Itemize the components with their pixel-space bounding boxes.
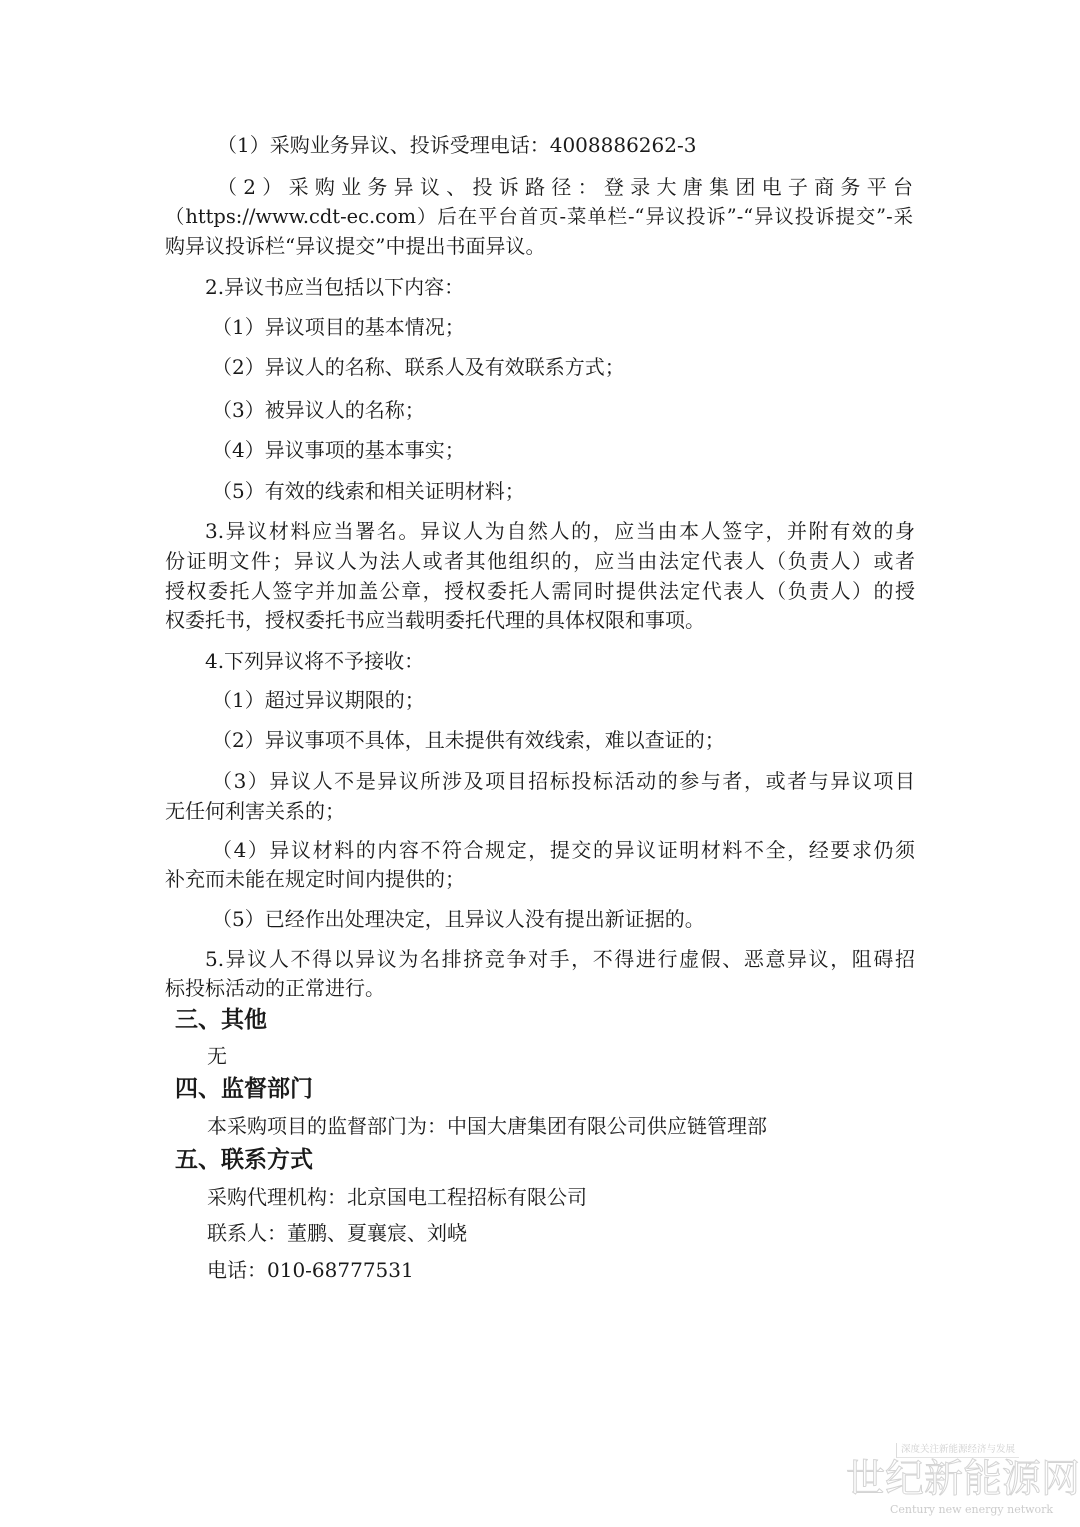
point4-item-4-line-1: （4）异议材料的内容不符合规定，提交的异议证明材料不全，经要求仍须 xyxy=(212,836,915,864)
point5-line-1: 5.异议人不得以异议为名排挤竞争对手，不得进行虚假、恶意异议，阻碍招 xyxy=(205,945,915,973)
point4-item-2: （2）异议事项不具体，且未提供有效线索，难以查证的； xyxy=(212,726,725,754)
point3-line-3: 授权委托人签字并加盖公章，授权委托人需同时提供法定代表人（负责人）的授 xyxy=(165,577,915,605)
point4-item-4-line-2: 补充而未能在规定时间内提供的； xyxy=(165,865,465,893)
point4-item-3-line-1: （3）异议人不是异议所涉及项目招标投标活动的参与者，或者与异议项目 xyxy=(212,767,915,795)
procurement-agency: 采购代理机构：北京国电工程招标有限公司 xyxy=(207,1183,587,1211)
point4-item-5: （5）已经作出处理决定，且异议人没有提出新证据的。 xyxy=(212,905,705,933)
complaint-path-line-3: 购异议投诉栏“异议提交”中提出书面异议。 xyxy=(165,232,545,260)
watermark-logo-text: 世纪新能源网 xyxy=(846,1457,1080,1503)
point2-item-2: （2）异议人的名称、联系人及有效联系方式； xyxy=(212,353,625,381)
section-5-heading: 五、联系方式 xyxy=(175,1144,313,1176)
point2-item-5: （5）有效的线索和相关证明材料； xyxy=(212,477,525,505)
supervision-department: 本采购项目的监督部门为：中国大唐集团有限公司供应链管理部 xyxy=(207,1112,767,1140)
point3-line-4: 权委托书，授权委托书应当载明委托代理的具体权限和事项。 xyxy=(165,606,705,634)
point3-line-2: 份证明文件；异议人为法人或者其他组织的，应当由法定代表人（负责人）或者 xyxy=(165,547,915,575)
site-watermark: 深度关注新能源经济与发展 世纪新能源网 Century new energy n… xyxy=(840,1440,1080,1527)
complaint-phone-item: （1）采购业务异议、投诉受理电话：4008886262-3 xyxy=(217,131,696,159)
point4-item-3-line-2: 无任何利害关系的； xyxy=(165,797,345,825)
point2-item-3: （3）被异议人的名称； xyxy=(212,396,425,424)
watermark-english: Century new energy network xyxy=(890,1503,1053,1517)
section-3-heading: 三、其他 xyxy=(175,1004,267,1036)
section-4-heading: 四、监督部门 xyxy=(175,1073,313,1105)
complaint-path-line-1: （2）采购业务异议、投诉路径：登录大唐集团电子商务平台 xyxy=(217,173,913,201)
document-page: （1）采购业务异议、投诉受理电话：4008886262-3 （2）采购业务异议、… xyxy=(0,0,1080,1527)
complaint-path-line-2: （https://www.cdt-ec.com）后在平台首页-菜单栏-“异议投诉… xyxy=(165,203,913,231)
contact-persons: 联系人：董鹏、夏襄宸、刘峣 xyxy=(207,1219,467,1247)
point4-item-1: （1）超过异议期限的； xyxy=(212,686,425,714)
point2-title: 2.异议书应当包括以下内容： xyxy=(205,273,464,301)
contact-phone: 电话：010-68777531 xyxy=(207,1256,414,1284)
watermark-tagline: 深度关注新能源经济与发展 xyxy=(896,1443,1019,1458)
point4-title: 4.下列异议将不予接收： xyxy=(205,647,424,675)
section-3-body: 无 xyxy=(207,1042,227,1070)
point5-line-2: 标投标活动的正常进行。 xyxy=(165,974,385,1002)
point2-item-1: （1）异议项目的基本情况； xyxy=(212,313,465,341)
point2-item-4: （4）异议事项的基本事实； xyxy=(212,436,465,464)
point3-line-1: 3.异议材料应当署名。异议人为自然人的，应当由本人签字，并附有效的身 xyxy=(205,517,915,545)
